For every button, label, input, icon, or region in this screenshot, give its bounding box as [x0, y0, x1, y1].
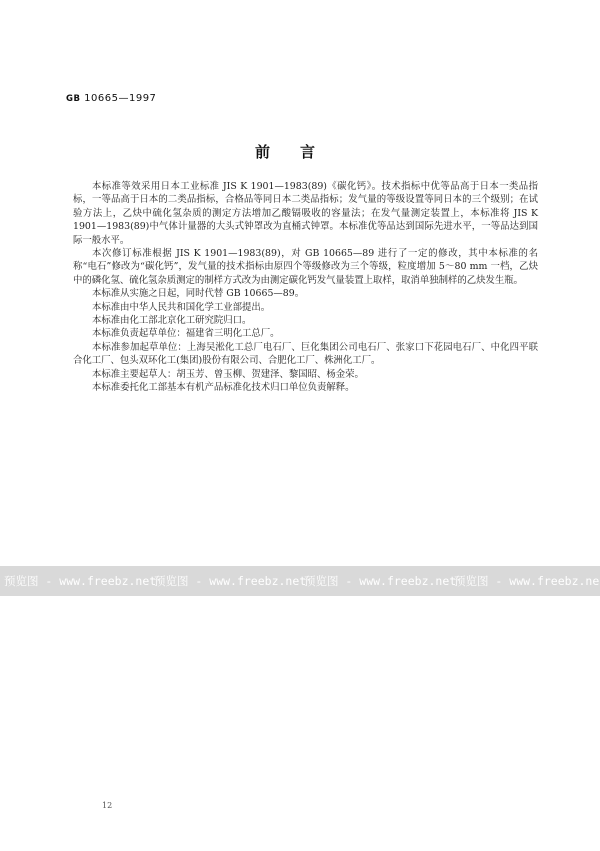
paragraph-proposed-by: 本标准由中华人民共和国化学工业部提出。 — [73, 301, 538, 314]
paragraph-centralized-by: 本标准由化工部北京化工研究院归口。 — [73, 314, 538, 327]
paragraph-replaces: 本标准从实施之日起，同时代替 GB 10665—89。 — [73, 287, 538, 300]
watermark-text: 预览图 - www.freebz.net — [450, 573, 600, 589]
watermark-text: 预览图 - www.freebz.net — [300, 573, 450, 589]
paragraph-participating-units: 本标准参加起草单位：上海吴淞化工总厂电石厂、巨化集团公司电石厂、张家口下花园电石… — [73, 341, 538, 368]
page-title: 前言 — [0, 141, 600, 162]
watermark-text: 预览图 - www.freebz.net — [0, 573, 150, 589]
paragraph-adoption: 本标准等效采用日本工业标准 JIS K 1901—1983(89)《碳化钙》。技… — [73, 180, 538, 247]
paragraph-drafting-unit: 本标准负责起草单位：福建省三明化工总厂。 — [73, 327, 538, 340]
standard-prefix: GB — [66, 94, 80, 104]
paragraph-revision: 本次修订标准根据 JIS K 1901—1983(89)，对 GB 10665—… — [73, 247, 538, 287]
page-number: 12 — [102, 801, 112, 810]
paragraph-interpretation: 本标准委托化工部基本有机产品标准化技术归口单位负责解释。 — [73, 381, 538, 394]
paragraph-drafters: 本标准主要起草人：胡玉芳、曾玉柳、贺建泽、黎国昭、杨金荣。 — [73, 368, 538, 381]
standard-code: GB 10665—1997 — [66, 93, 156, 104]
watermark-banner: 预览图 - www.freebz.net 预览图 - www.freebz.ne… — [0, 566, 600, 596]
watermark-text: 预览图 - www.freebz.net — [150, 573, 300, 589]
foreword-body: 本标准等效采用日本工业标准 JIS K 1901—1983(89)《碳化钙》。技… — [73, 180, 538, 395]
standard-number: 10665—1997 — [84, 93, 156, 104]
